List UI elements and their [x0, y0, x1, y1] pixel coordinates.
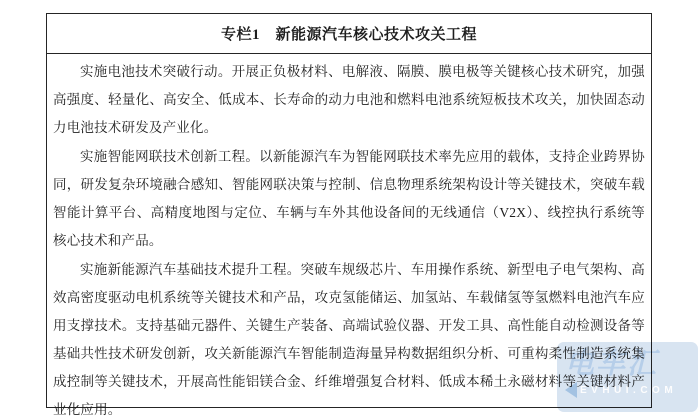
evhui-domain-row: EVHUI.COM: [565, 382, 692, 398]
evhui-domain-text: EVHUI.COM: [580, 385, 677, 396]
paragraph: 实施智能网联技术创新工程。以新能源汽车为智能网联技术率先应用的载体，支持企业跨界…: [53, 143, 645, 255]
evhui-logo-bracket-icon: [565, 382, 577, 398]
paragraph: 实施电池技术突破行动。开展正负极材料、电解液、隔膜、膜电极等关键核心技术研究，加…: [53, 58, 645, 142]
evhui-logo-text: 电车汇: [565, 348, 692, 380]
evhui-watermark: 电车汇 EVHUI.COM: [557, 342, 698, 412]
box-title: 专栏1 新能源汽车核心技术攻关工程: [47, 14, 651, 54]
document-page: 专栏1 新能源汽车核心技术攻关工程 实施电池技术突破行动。开展正负极材料、电解液…: [0, 0, 700, 419]
